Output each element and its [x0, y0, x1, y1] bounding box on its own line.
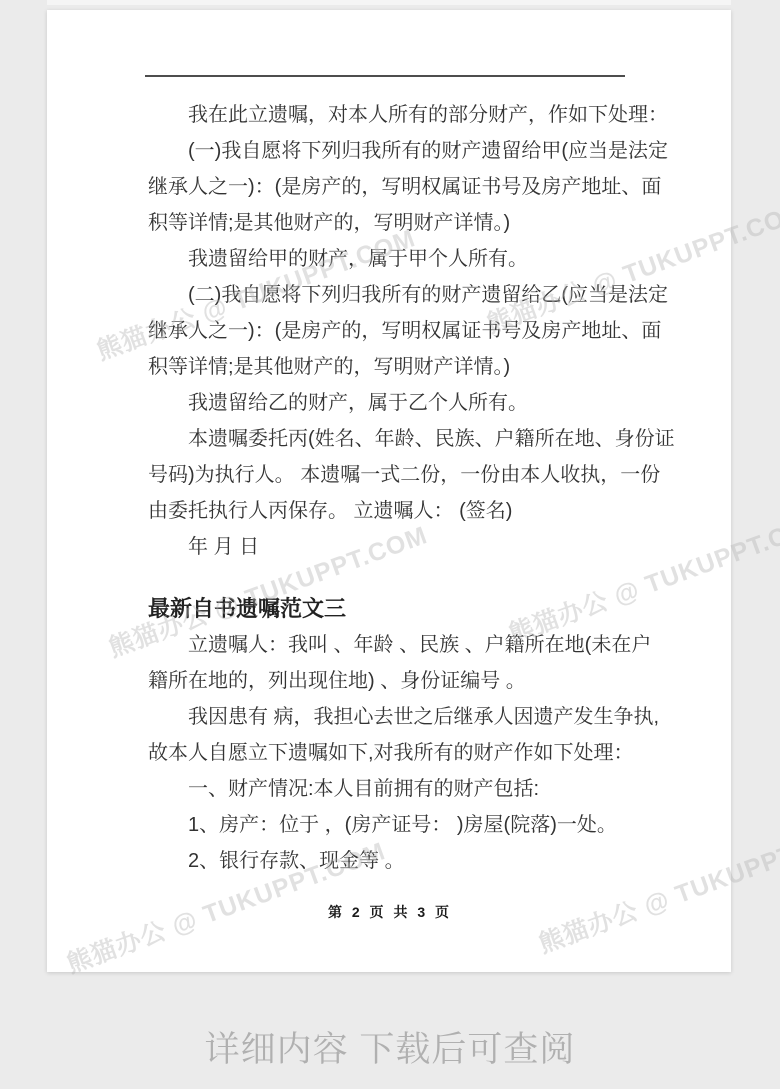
- doc-line: 继承人之一)：(是房产的，写明权属证书号及房产地址、面: [148, 313, 632, 349]
- doc-line: 籍所在地的，列出现住地) 、身份证编号 。: [148, 663, 632, 699]
- doc-line: 我在此立遗嘱，对本人所有的部分财产，作如下处理：: [148, 97, 632, 133]
- doc-line: 积等详情;是其他财产的，写明财产详情。): [148, 205, 632, 241]
- doc-line: 我遗留给甲的财产，属于甲个人所有。: [148, 241, 632, 277]
- preview-screen: { "watermark": { "text": "熊猫办公 @ TUKUPPT…: [0, 0, 780, 1089]
- doc-line: 我遗留给乙的财产，属于乙个人所有。: [148, 385, 632, 421]
- doc-line: 立遗嘱人：我叫 、年龄 、民族 、户籍所在地(未在户: [148, 627, 632, 663]
- doc-line: (一)我自愿将下列归我所有的财产遗留给甲(应当是法定: [148, 133, 632, 169]
- doc-line: 1、房产：位于 ，(房产证号： )房屋(院落)一处。: [148, 807, 632, 843]
- doc-line: 故本人自愿立下遗嘱如下,对我所有的财产作如下处理：: [148, 735, 632, 771]
- doc-line: 一、财产情况:本人目前拥有的财产包括:: [148, 771, 632, 807]
- doc-line: 积等详情;是其他财产的，写明财产详情。): [148, 349, 632, 385]
- doc-line: 2、银行存款、现金等 。: [148, 843, 632, 879]
- doc-line: 号码)为执行人。 本遗嘱一式二份，一份由本人收执，一份: [148, 457, 632, 493]
- doc-section-heading: 最新自书遗嘱范文三: [148, 591, 632, 627]
- document-content: 我在此立遗嘱，对本人所有的部分财产，作如下处理： (一)我自愿将下列归我所有的财…: [148, 97, 632, 922]
- doc-line: (二)我自愿将下列归我所有的财产遗留给乙(应当是法定: [148, 277, 632, 313]
- document-divider-line: [145, 75, 625, 77]
- page-indicator: 第 2 页 共 3 页: [148, 902, 632, 922]
- doc-line: 由委托执行人丙保存。 立遗嘱人： (签名): [148, 493, 632, 529]
- preview-caption: 详细内容 下载后可查阅: [0, 1022, 780, 1072]
- document-page: 我在此立遗嘱，对本人所有的部分财产，作如下处理： (一)我自愿将下列归我所有的财…: [47, 10, 731, 972]
- doc-line: 继承人之一)：(是房产的，写明权属证书号及房产地址、面: [148, 169, 632, 205]
- doc-line: 年 月 日: [148, 529, 632, 565]
- doc-line: 我因患有 病，我担心去世之后继承人因遗产发生争执,: [148, 699, 632, 735]
- previous-page-edge: [47, 0, 731, 5]
- doc-line: 本遗嘱委托丙(姓名、年龄、民族、户籍所在地、身份证: [148, 421, 632, 457]
